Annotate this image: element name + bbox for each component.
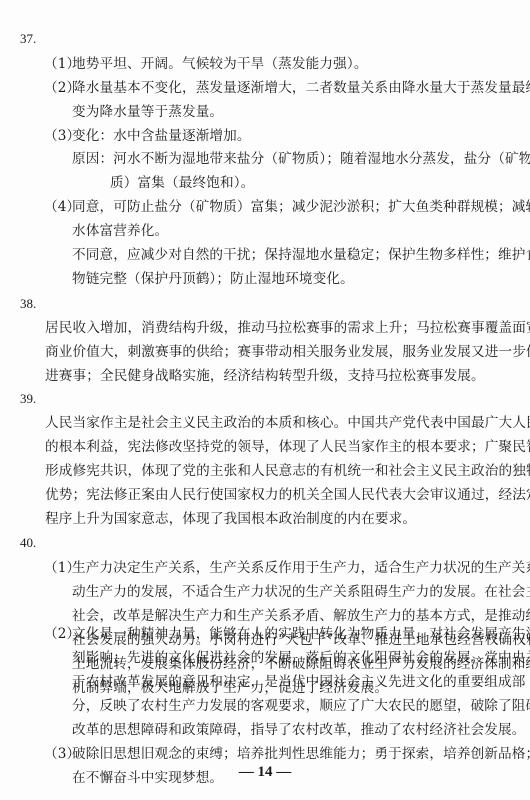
q40-line: 刻影响；先进的文化促进社会的发展，落后的文化阻碍社会的发展。党中央关 — [72, 650, 530, 666]
q37-line: 变化：水中含盐量逐渐增加。 — [72, 128, 251, 144]
q39-line: 的根本利益，宪法修改坚持党的领导，体现了人民当家作主的根本要求；广聚民智， — [45, 439, 530, 455]
q37-line: 同意，可防止盐分（矿物质）富集；减少泥沙淤积；扩大鱼类种群规模；减轻 — [72, 199, 530, 215]
question-number-38: 38. — [20, 296, 36, 312]
q37-line: 原因：河水不断为湿地带来盐分（矿物质）；随着湿地水分蒸发，盐分（矿物 — [72, 151, 530, 167]
q40-line: 破除旧思想旧观念的束缚；培养批判性思维能力；勇于探索，培养创新品格； — [72, 746, 530, 762]
q39-line: 优势；宪法修正案由人民行使国家权力的机关全国人民代表大会审议通过，经法定 — [45, 487, 530, 503]
q38-line: 商业价值大，刺激赛事的供给；赛事带动相关服务业发展，服务业发展又进一步促 — [45, 344, 530, 360]
q38-line: 居民收入增加，消费结构升级，推动马拉松赛事的需求上升；马拉松赛事覆盖面宽， — [45, 320, 530, 336]
page-number: — 14 — — [0, 764, 530, 781]
q40-line: 改革的思想障碍和政策障碍，指导了农村改革，推动了农村经济社会发展。 — [72, 722, 526, 738]
q38-line: 进赛事；全民健身战略实施，经济结构转型升级，支持马拉松赛事发展。 — [45, 368, 485, 384]
answer-key-page: 37. （1） 地势平坦、开阔。气候较为干旱（蒸发能力强）。 （2） 降水量基本… — [0, 0, 530, 800]
q37-line: 物链完整（保护丹顶鹤）；防止湿地环境变化。 — [72, 271, 354, 287]
q37-line: 地势平坦、开阔。气候较为干旱（蒸发能力强）。 — [72, 56, 368, 72]
question-number-40: 40. — [20, 535, 36, 551]
q40-line: 生产力决定生产关系，生产关系反作用于生产力，适合生产力状况的生产关系推 — [72, 560, 530, 576]
q40-line: 文化是一种精神力量，能够在人的实践中转化为物质力量，对社会发展产生深 — [72, 626, 530, 642]
q37-line: 降水量基本不变化，蒸发量逐渐增大，二者数量关系由降水量大于蒸发量最终 — [72, 80, 530, 96]
q37-line: 变为降水量等于蒸发量。 — [72, 104, 223, 120]
question-number-37: 37. — [20, 31, 36, 47]
q39-line: 形成修宪共识，体现了党的主张和人民意志的有机统一和社会主义民主政治的独特 — [45, 463, 530, 479]
question-number-39: 39. — [20, 391, 36, 407]
q37-line: 不同意，应减少对自然的干扰；保持湿地水量稳定；保护生物多样性；维护食 — [72, 247, 530, 263]
q40-line: 社会，改革是解决生产力和生产关系矛盾、解放生产力的基本方式，是推动经济 — [72, 608, 530, 624]
q39-line: 人民当家作主是社会主义民主政治的本质和核心。中国共产党代表中国最广大人民 — [45, 415, 530, 431]
q37-line: 质）富集（最终饱和）。 — [110, 175, 254, 191]
q40-line: 分，反映了农村生产力发展的客观要求，顺应了广大农民的愿望，破除了阻碍 — [72, 698, 530, 714]
q37-line: 水体富营养化。 — [72, 223, 168, 239]
q39-line: 程序上升为国家意志，体现了我国根本政治制度的内在要求。 — [45, 511, 416, 527]
q40-line: 于农村改革发展的意见和决定，是当代中国社会主义先进文化的重要组成部 — [72, 674, 526, 690]
q40-line: 动生产力的发展，不适合生产力状况的生产关系阻碍生产力的发展。在社会主义 — [72, 584, 530, 600]
